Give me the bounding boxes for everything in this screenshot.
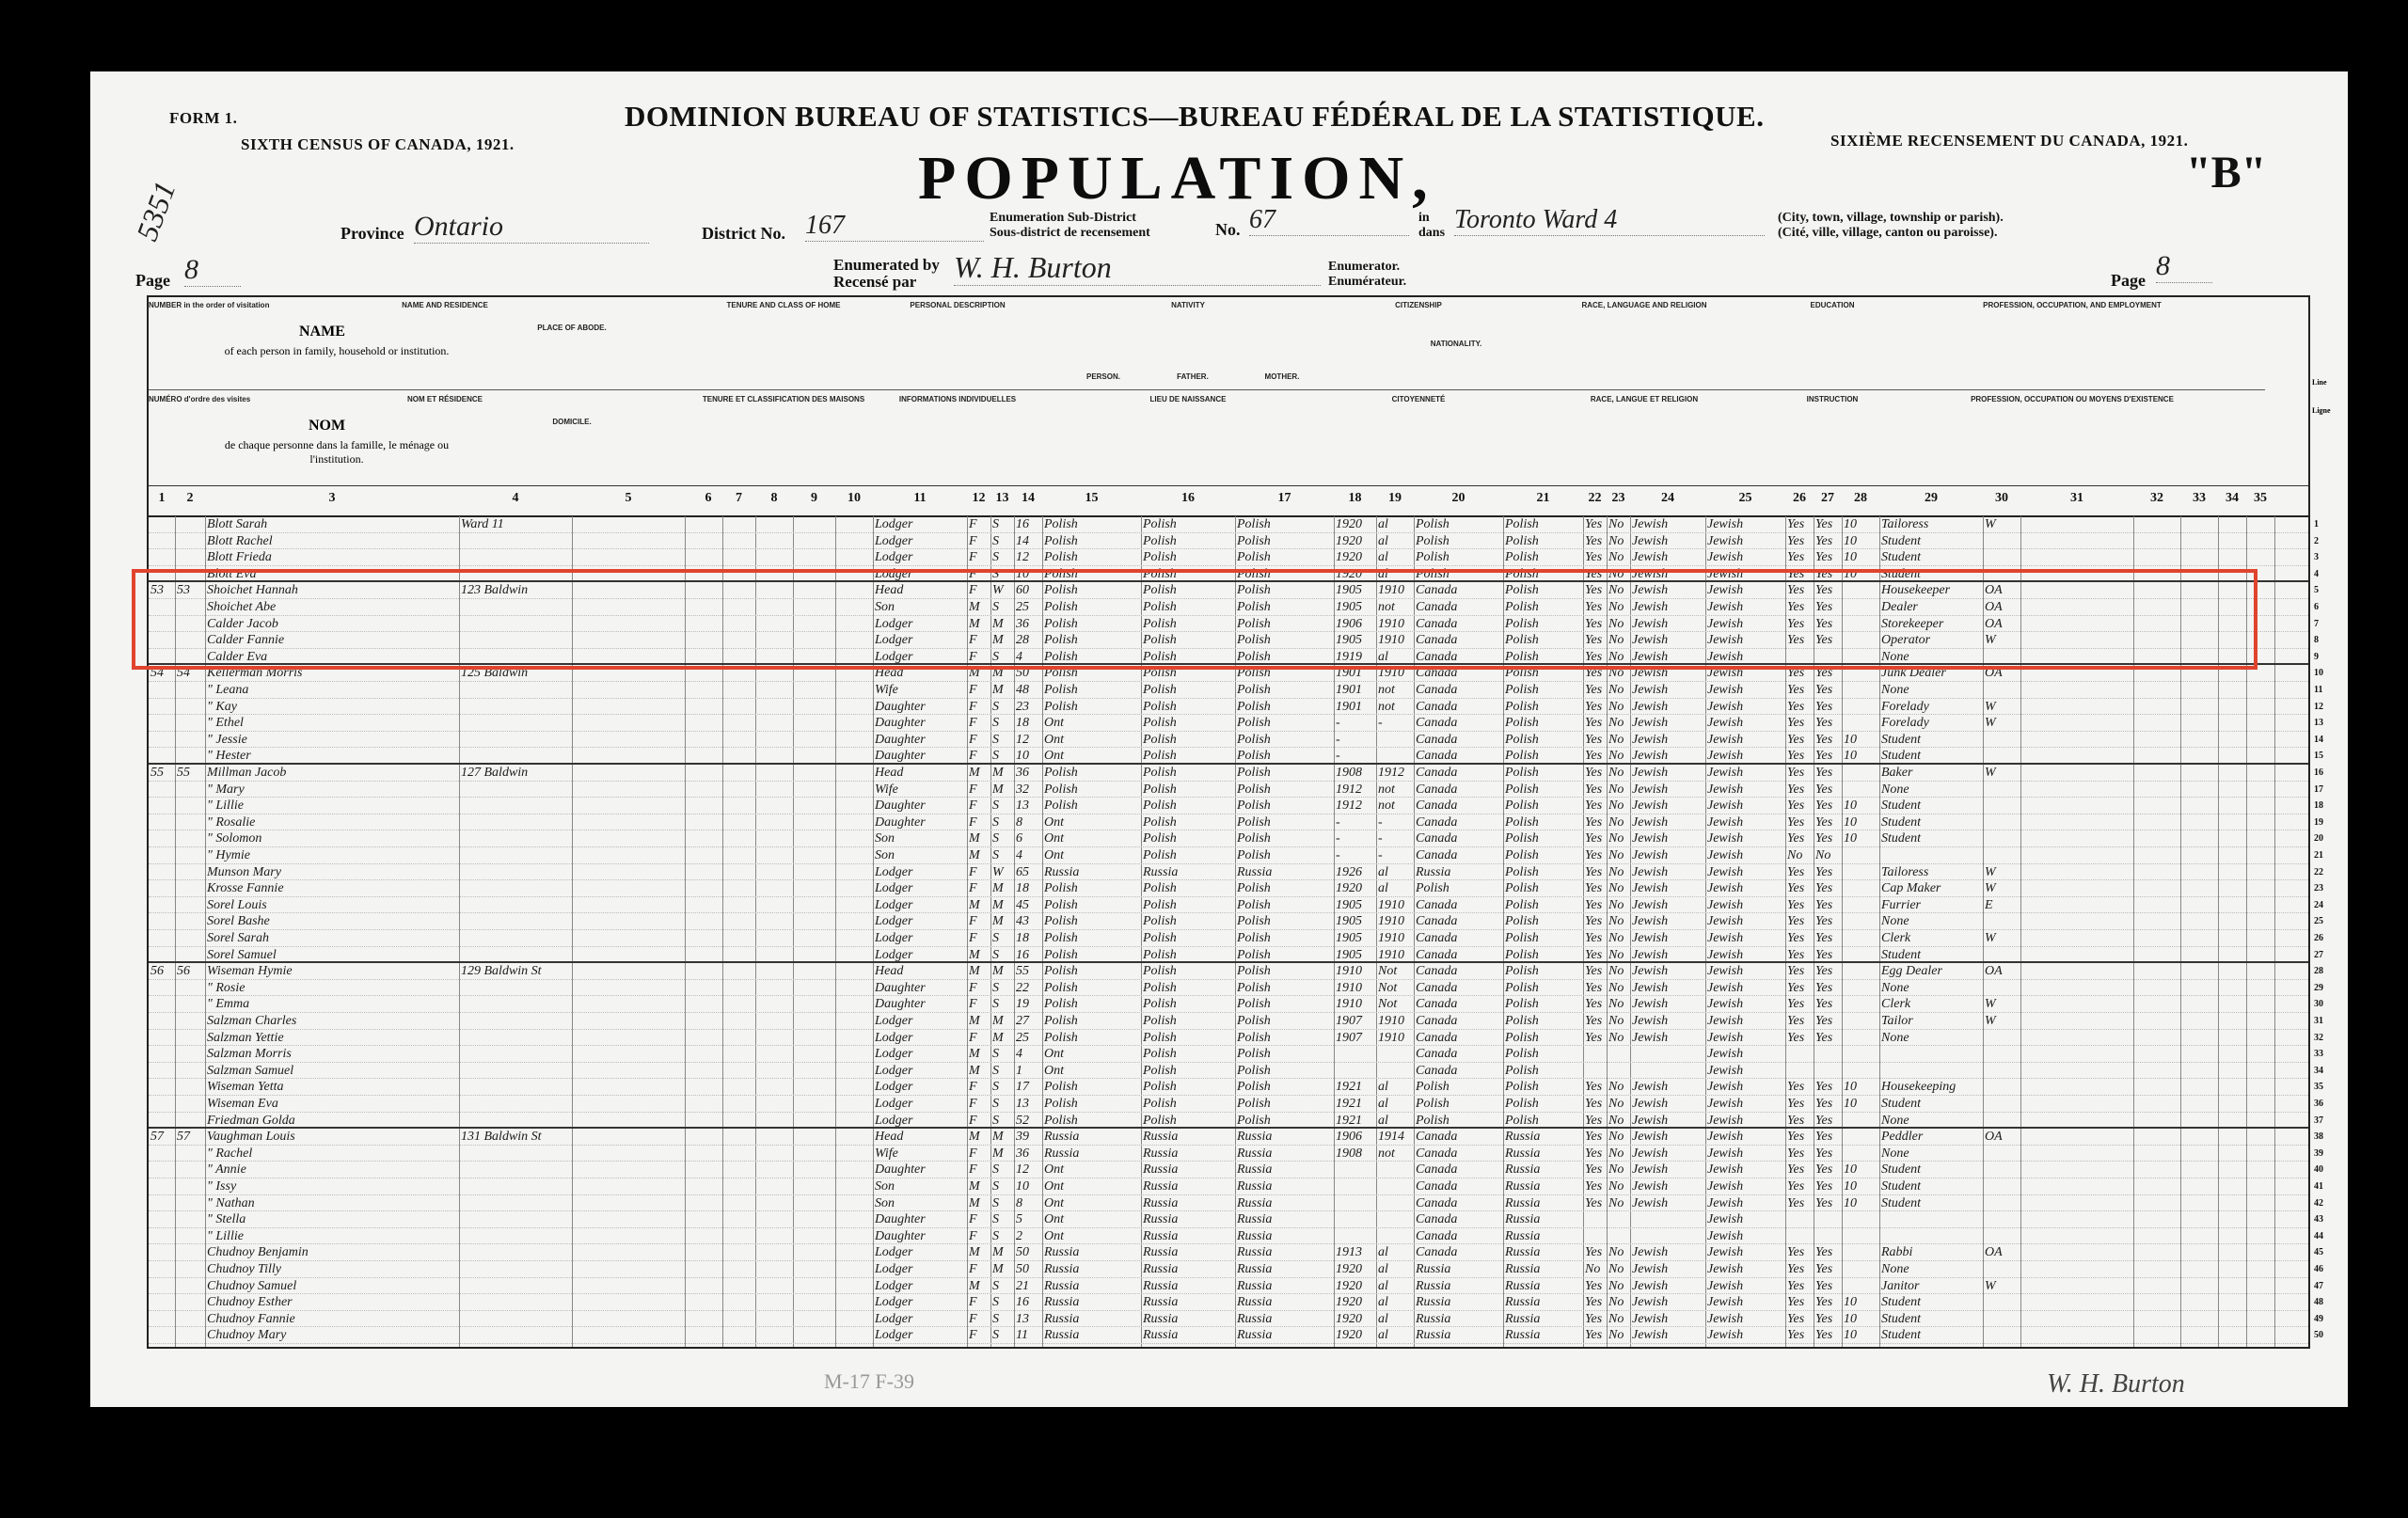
cell-nationality: Canada	[1416, 913, 1501, 929]
cell-write: Yes	[1815, 1294, 1840, 1310]
cell-nat_yr: 1912	[1378, 765, 1412, 781]
cell-emp: W	[1985, 1013, 2019, 1029]
table-row: " HymieSonMS4OntPolishPolish--CanadaPoli…	[149, 847, 2308, 864]
cell-race: Polish	[1505, 963, 1581, 979]
cell-mbp: Russia	[1237, 1278, 1332, 1294]
cell-imm: 1920	[1336, 1261, 1374, 1277]
cell-nationality: Canada	[1416, 715, 1501, 731]
cell-occ: Student	[1881, 947, 1981, 963]
cell-age: 25	[1016, 1030, 1040, 1046]
line-number: 46	[2314, 1264, 2323, 1274]
province-label: Province	[341, 224, 404, 244]
cell-race: Polish	[1505, 798, 1581, 814]
table-row: " RosieDaughterFS22PolishPolishPolish191…	[149, 980, 2308, 997]
cell-mar: S	[992, 1327, 1012, 1343]
cell-age: 36	[1016, 765, 1040, 781]
cell-age: 10	[1016, 748, 1040, 764]
cell-mbp: Polish	[1237, 765, 1332, 781]
line-number: 47	[2314, 1281, 2323, 1291]
cell-fbp: Polish	[1143, 880, 1233, 896]
cell-name: " Nathan	[207, 1195, 457, 1211]
cell-nationality: Canada	[1416, 980, 1501, 996]
group-tenure: TENURE AND CLASS OF HOME	[694, 301, 873, 309]
cell-emp: OA	[1985, 1129, 2019, 1145]
cell-bp: Polish	[1044, 533, 1139, 549]
cell-age: 4	[1016, 1046, 1040, 1062]
cell-fbp: Polish	[1143, 897, 1233, 913]
cell-lang: Jewish	[1632, 996, 1703, 1012]
cell-fr: No	[1608, 765, 1628, 781]
cell-name: Millman Jacob	[207, 765, 457, 781]
cell-read: Yes	[1787, 1327, 1812, 1343]
cell-race: Polish	[1505, 682, 1581, 698]
cell-lang: Jewish	[1632, 516, 1703, 532]
cell-mbp: Polish	[1237, 947, 1332, 963]
cell-relig: Jewish	[1707, 1311, 1783, 1327]
cell-rel: Daughter	[875, 814, 965, 830]
cell-name: Chudnoy Fannie	[207, 1311, 457, 1327]
cell-rel: Lodger	[875, 1079, 965, 1095]
cell-fr: No	[1608, 913, 1628, 929]
table-row: Chudnoy MaryLodgerFS11RussiaRussiaRussia…	[149, 1327, 2308, 1344]
cell-nationality: Canada	[1416, 814, 1501, 830]
cell-mbp: Russia	[1237, 1178, 1332, 1194]
cell-fbp: Polish	[1143, 947, 1233, 963]
cell-name: " Lillie	[207, 1228, 457, 1244]
cell-nationality: Russia	[1416, 1278, 1501, 1294]
cell-lang: Jewish	[1632, 947, 1703, 963]
cell-occ: Student	[1881, 1162, 1981, 1178]
cell-mbp: Polish	[1237, 732, 1332, 748]
cell-nationality: Polish	[1416, 516, 1501, 532]
place-hint-fr: (Cité, ville, village, canton ou paroiss…	[1778, 226, 1997, 241]
cell-age: 16	[1016, 947, 1040, 963]
line-number: 31	[2314, 1016, 2323, 1026]
cell-race: Polish	[1505, 947, 1581, 963]
cell-lang: Jewish	[1632, 1311, 1703, 1327]
cell-nationality: Canada	[1416, 830, 1501, 846]
cell-imm: 1920	[1336, 549, 1374, 565]
page-value-left: 8	[184, 254, 241, 287]
enumerator-value: W. H. Burton	[954, 250, 1321, 286]
cell-rel: Lodger	[875, 1327, 965, 1343]
table-row: " RosalieDaughterFS8OntPolishPolish--Can…	[149, 814, 2308, 831]
cell-relig: Jewish	[1707, 1327, 1783, 1343]
cell-eng: Yes	[1585, 1278, 1605, 1294]
cell-rel: Lodger	[875, 947, 965, 963]
cell-name: Salzman Morris	[207, 1046, 457, 1062]
column-number: 6	[694, 491, 722, 506]
cell-bp: Ont	[1044, 847, 1139, 863]
cell-mbp: Russia	[1237, 1146, 1332, 1162]
cell-eng: Yes	[1585, 980, 1605, 996]
cell-mar: S	[992, 1063, 1012, 1079]
cell-lang: Jewish	[1632, 765, 1703, 781]
cell-fbp: Russia	[1143, 1311, 1233, 1327]
cell-race: Polish	[1505, 880, 1581, 896]
column-number: 10	[835, 491, 873, 506]
cell-nationality: Canada	[1416, 963, 1501, 979]
cell-sex: F	[969, 1096, 989, 1112]
cell-sex: F	[969, 814, 989, 830]
cell-race: Polish	[1505, 549, 1581, 565]
cell-emp: W	[1985, 864, 2019, 880]
cell-fr: No	[1608, 847, 1628, 863]
cell-imm: 1910	[1336, 980, 1374, 996]
cell-fr: No	[1608, 549, 1628, 565]
cell-relig: Jewish	[1707, 1294, 1783, 1310]
column-number: 25	[1705, 491, 1785, 506]
cell-nationality: Canada	[1416, 1046, 1501, 1062]
cell-school: 10	[1844, 1195, 1877, 1211]
cell-school: 10	[1844, 533, 1877, 549]
cell-rel: Lodger	[875, 880, 965, 896]
cell-nationality: Canada	[1416, 682, 1501, 698]
cell-emp: OA	[1985, 963, 2019, 979]
table-row: Salzman SamuelLodgerMS1OntPolishPolishCa…	[149, 1063, 2308, 1080]
cell-write: Yes	[1815, 1079, 1840, 1095]
cell-write: Yes	[1815, 549, 1840, 565]
cell-sex: F	[969, 996, 989, 1012]
cell-write: Yes	[1815, 880, 1840, 896]
cell-rel: Daughter	[875, 798, 965, 814]
cell-name: Chudnoy Benjamin	[207, 1244, 457, 1260]
cell-lang: Jewish	[1632, 930, 1703, 946]
cell-lang: Jewish	[1632, 1261, 1703, 1277]
cell-nat_yr: al	[1378, 1113, 1412, 1129]
cell-nationality: Polish	[1416, 533, 1501, 549]
cell-fbp: Russia	[1143, 1278, 1233, 1294]
cell-imm: -	[1336, 748, 1374, 764]
cell-age: 18	[1016, 715, 1040, 731]
group-citizenship: CITIZENSHIP	[1334, 301, 1503, 309]
cell-rel: Lodger	[875, 1311, 965, 1327]
cell-fr: No	[1608, 1278, 1628, 1294]
form-number: FORM 1.	[169, 109, 237, 128]
cell-mbp: Polish	[1237, 1063, 1332, 1079]
cell-mbp: Polish	[1237, 1046, 1332, 1062]
cell-family: 56	[177, 963, 203, 979]
group-race-fr: RACE, LANGUE ET RELIGION	[1503, 395, 1785, 403]
cell-occ: Student	[1881, 748, 1981, 764]
cell-relig: Jewish	[1707, 947, 1783, 963]
cell-fr: No	[1608, 980, 1628, 996]
cell-write: Yes	[1815, 913, 1840, 929]
cell-write: Yes	[1815, 930, 1840, 946]
cell-mar: M	[992, 880, 1012, 896]
cell-fr: No	[1608, 798, 1628, 814]
line-number: 18	[2314, 800, 2323, 811]
cell-occ: Tailor	[1881, 1013, 1981, 1029]
cell-fr: No	[1608, 748, 1628, 764]
cell-eng: Yes	[1585, 682, 1605, 698]
census-table: NUMBER in the order of visitation NAME A…	[147, 295, 2310, 1349]
cell-bp: Polish	[1044, 880, 1139, 896]
cell-fbp: Russia	[1143, 864, 1233, 880]
cell-read: Yes	[1787, 880, 1812, 896]
cell-relig: Jewish	[1707, 1079, 1783, 1095]
cell-name: Salzman Samuel	[207, 1063, 457, 1079]
line-number: 15	[2314, 751, 2323, 761]
cell-mar: M	[992, 963, 1012, 979]
cell-relig: Jewish	[1707, 1113, 1783, 1129]
cell-bp: Ont	[1044, 1195, 1139, 1211]
line-number: 10	[2314, 668, 2323, 678]
cell-name: " Rachel	[207, 1146, 457, 1162]
cell-nat_yr: Not	[1378, 963, 1412, 979]
cell-occ: Student	[1881, 1195, 1981, 1211]
table-row: " LeanaWifeFM48PolishPolishPolish1901not…	[149, 682, 2308, 699]
line-number: 12	[2314, 702, 2323, 712]
cell-mar: S	[992, 814, 1012, 830]
cell-write: Yes	[1815, 715, 1840, 731]
cell-read: Yes	[1787, 913, 1812, 929]
name-header: NAME	[299, 324, 345, 340]
cell-lang: Jewish	[1632, 1195, 1703, 1211]
cell-mar: S	[992, 996, 1012, 1012]
cell-nat_yr: al	[1378, 1079, 1412, 1095]
cell-write: Yes	[1815, 864, 1840, 880]
line-number: 8	[2314, 635, 2319, 645]
cell-nationality: Canada	[1416, 1063, 1501, 1079]
cell-mar: W	[992, 864, 1012, 880]
cell-emp: W	[1985, 516, 2019, 532]
cell-race: Polish	[1505, 847, 1581, 863]
cell-lang: Jewish	[1632, 963, 1703, 979]
cell-age: 39	[1016, 1129, 1040, 1145]
cell-fr: No	[1608, 715, 1628, 731]
cell-mar: S	[992, 1211, 1012, 1227]
cell-rel: Lodger	[875, 864, 965, 880]
cell-rel: Lodger	[875, 1030, 965, 1046]
cell-occ: None	[1881, 1030, 1981, 1046]
cell-occ: Student	[1881, 830, 1981, 846]
cell-emp: W	[1985, 930, 2019, 946]
cell-age: 17	[1016, 1079, 1040, 1095]
cell-write: Yes	[1815, 1096, 1840, 1112]
nom-header: NOM	[309, 418, 345, 435]
cell-emp: W	[1985, 715, 2019, 731]
cell-relig: Jewish	[1707, 1063, 1783, 1079]
bureau-title: DOMINION BUREAU OF STATISTICS—BUREAU FÉD…	[625, 100, 1764, 134]
cell-bp: Russia	[1044, 1261, 1139, 1277]
cell-write: Yes	[1815, 748, 1840, 764]
cell-mar: M	[992, 897, 1012, 913]
dans-label: dans	[1418, 226, 1445, 241]
cell-nationality: Canada	[1416, 1228, 1501, 1244]
cell-imm: 1905	[1336, 913, 1374, 929]
province-value: Ontario	[414, 211, 649, 244]
cell-lang: Jewish	[1632, 1113, 1703, 1129]
cell-name: Chudnoy Esther	[207, 1294, 457, 1310]
cell-sex: F	[969, 980, 989, 996]
cell-mar: S	[992, 732, 1012, 748]
cell-relig: Jewish	[1707, 963, 1783, 979]
cell-abode: 129 Baldwin St	[461, 963, 570, 979]
cell-relig: Jewish	[1707, 897, 1783, 913]
cell-occ: Clerk	[1881, 930, 1981, 946]
cell-mbp: Polish	[1237, 913, 1332, 929]
cell-relig: Jewish	[1707, 1178, 1783, 1194]
cell-fr: No	[1608, 516, 1628, 532]
cell-sex: F	[969, 864, 989, 880]
cell-age: 19	[1016, 996, 1040, 1012]
cell-race: Polish	[1505, 748, 1581, 764]
line-number: 23	[2314, 883, 2323, 893]
cell-fbp: Russia	[1143, 1195, 1233, 1211]
cell-read: Yes	[1787, 1311, 1812, 1327]
cell-write: Yes	[1815, 1278, 1840, 1294]
cell-nationality: Polish	[1416, 1113, 1501, 1129]
cell-fr: No	[1608, 880, 1628, 896]
cell-lang: Jewish	[1632, 830, 1703, 846]
cell-race: Russia	[1505, 1178, 1581, 1194]
cell-mbp: Polish	[1237, 930, 1332, 946]
cell-lang: Jewish	[1632, 533, 1703, 549]
cell-fbp: Polish	[1143, 830, 1233, 846]
cell-name: Blott Sarah	[207, 516, 457, 532]
cell-relig: Jewish	[1707, 715, 1783, 731]
cell-imm: 1906	[1336, 1129, 1374, 1145]
cell-sex: F	[969, 748, 989, 764]
table-row: Sorel BasheLodgerFM43PolishPolishPolish1…	[149, 913, 2308, 930]
cell-nat_yr: 1910	[1378, 897, 1412, 913]
cell-lang: Jewish	[1632, 732, 1703, 748]
cell-bp: Ont	[1044, 1178, 1139, 1194]
cell-write: Yes	[1815, 1261, 1840, 1277]
cell-bp: Polish	[1044, 782, 1139, 798]
cell-rel: Daughter	[875, 1162, 965, 1178]
subdistrict-label-fr: Sous-district de recensement	[990, 226, 1150, 241]
cell-fbp: Polish	[1143, 549, 1233, 565]
group-profession: PROFESSION, OCCUPATION, AND EMPLOYMENT	[1879, 301, 2265, 309]
cell-sex: F	[969, 1113, 989, 1129]
cell-relig: Jewish	[1707, 1013, 1783, 1029]
line-number: 36	[2314, 1099, 2323, 1109]
cell-fbp: Polish	[1143, 682, 1233, 698]
cell-age: 12	[1016, 732, 1040, 748]
group-nativity-fr: LIEU DE NAISSANCE	[1042, 395, 1334, 403]
enumerator-label-fr: Enumérateur.	[1328, 275, 1406, 290]
cell-relig: Jewish	[1707, 1046, 1783, 1062]
schedule-letter: "B"	[2186, 147, 2266, 198]
cell-nat_yr: not	[1378, 682, 1412, 698]
line-number: 24	[2314, 900, 2323, 910]
header-divider	[149, 389, 2265, 390]
cell-read: Yes	[1787, 1195, 1812, 1211]
cell-sex: F	[969, 798, 989, 814]
cell-relig: Jewish	[1707, 798, 1783, 814]
cell-nat_yr: not	[1378, 1146, 1412, 1162]
cell-sex: F	[969, 1030, 989, 1046]
cell-imm: 1905	[1336, 897, 1374, 913]
column-number: 33	[2180, 491, 2218, 506]
cell-relig: Jewish	[1707, 864, 1783, 880]
cell-rel: Daughter	[875, 699, 965, 715]
cell-read: Yes	[1787, 963, 1812, 979]
cell-bp: Ont	[1044, 1162, 1139, 1178]
cell-sex: F	[969, 880, 989, 896]
cell-nat_yr: not	[1378, 782, 1412, 798]
cell-race: Polish	[1505, 1063, 1581, 1079]
cell-occ: Student	[1881, 1096, 1981, 1112]
cell-nat_yr: al	[1378, 864, 1412, 880]
cell-mbp: Russia	[1237, 1211, 1332, 1227]
cell-race: Polish	[1505, 980, 1581, 996]
cell-rel: Wife	[875, 682, 965, 698]
cell-race: Russia	[1505, 1146, 1581, 1162]
table-row: " NathanSonMS8OntRussiaRussiaCanadaRussi…	[149, 1195, 2308, 1212]
cell-write: Yes	[1815, 963, 1840, 979]
cell-emp: OA	[1985, 1244, 2019, 1260]
cell-mbp: Russia	[1237, 1195, 1332, 1211]
cell-eng: Yes	[1585, 913, 1605, 929]
line-number: 20	[2314, 833, 2323, 844]
cell-lang: Jewish	[1632, 847, 1703, 863]
cell-occ: Cap Maker	[1881, 880, 1981, 896]
cell-write: Yes	[1815, 980, 1840, 996]
cell-eng: Yes	[1585, 996, 1605, 1012]
cell-read: Yes	[1787, 996, 1812, 1012]
cell-nationality: Russia	[1416, 864, 1501, 880]
cell-relig: Jewish	[1707, 533, 1783, 549]
cell-sex: M	[969, 1178, 989, 1194]
cell-mbp: Polish	[1237, 682, 1332, 698]
cell-read: Yes	[1787, 715, 1812, 731]
cell-abode: 127 Baldwin	[461, 765, 570, 781]
table-row: " IssySonMS10OntRussiaRussiaCanadaRussia…	[149, 1178, 2308, 1195]
line-number: 19	[2314, 817, 2323, 828]
column-number: 24	[1630, 491, 1705, 506]
cell-sex: F	[969, 516, 989, 532]
cell-imm: 1905	[1336, 930, 1374, 946]
cell-nationality: Canada	[1416, 732, 1501, 748]
cell-fr: No	[1608, 1030, 1628, 1046]
cell-nat_yr: -	[1378, 847, 1412, 863]
cell-write: No	[1815, 847, 1840, 863]
cell-write: Yes	[1815, 533, 1840, 549]
cell-mbp: Polish	[1237, 782, 1332, 798]
cell-relig: Jewish	[1707, 1244, 1783, 1260]
cell-fr: No	[1608, 830, 1628, 846]
cell-fbp: Polish	[1143, 798, 1233, 814]
line-number: 42	[2314, 1198, 2323, 1209]
abode-header: PLACE OF ABODE.	[459, 324, 685, 332]
cell-read: Yes	[1787, 1079, 1812, 1095]
line-number: 27	[2314, 950, 2323, 960]
line-number: 48	[2314, 1297, 2323, 1307]
cell-abode: Ward 11	[461, 516, 570, 532]
cell-imm: 1901	[1336, 682, 1374, 698]
cell-imm: 1908	[1336, 765, 1374, 781]
cell-race: Polish	[1505, 830, 1581, 846]
cell-name: Blott Frieda	[207, 549, 457, 565]
cell-mar: S	[992, 947, 1012, 963]
cell-write: Yes	[1815, 1146, 1840, 1162]
cell-lang: Jewish	[1632, 782, 1703, 798]
cell-mbp: Russia	[1237, 1244, 1332, 1260]
cell-fr: No	[1608, 1261, 1628, 1277]
cell-write: Yes	[1815, 1311, 1840, 1327]
cell-eng: Yes	[1585, 1013, 1605, 1029]
cell-imm: 1920	[1336, 1278, 1374, 1294]
cell-race: Polish	[1505, 1079, 1581, 1095]
cell-write: Yes	[1815, 1030, 1840, 1046]
cell-eng: No	[1585, 1261, 1605, 1277]
cell-lang: Jewish	[1632, 1030, 1703, 1046]
cell-race: Polish	[1505, 814, 1581, 830]
cell-mbp: Polish	[1237, 963, 1332, 979]
